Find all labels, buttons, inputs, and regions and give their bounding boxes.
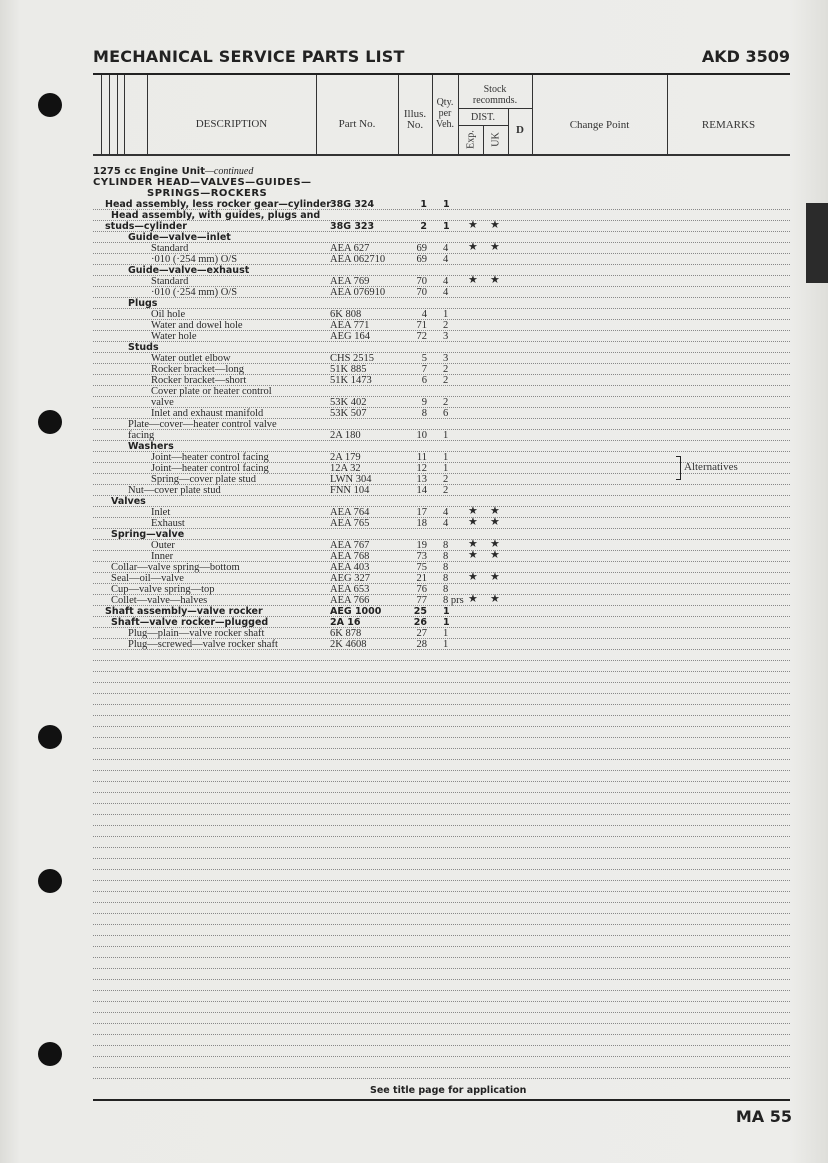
ruled-line bbox=[93, 352, 790, 353]
ruled-line bbox=[93, 396, 790, 397]
col-dist: DIST. bbox=[458, 112, 508, 123]
ruled-line bbox=[93, 231, 790, 232]
ruled-line bbox=[93, 253, 790, 254]
ruled-line bbox=[93, 242, 790, 243]
ruled-line bbox=[93, 330, 790, 331]
ruled-line bbox=[93, 781, 790, 782]
punch-hole bbox=[38, 725, 62, 749]
ruled-line bbox=[93, 308, 790, 309]
ruled-line bbox=[93, 451, 790, 452]
ruled-line bbox=[93, 693, 790, 694]
punch-hole bbox=[38, 93, 62, 117]
ruled-line bbox=[93, 440, 790, 441]
ruled-line bbox=[93, 990, 790, 991]
section-group-line-2: SPRINGS—ROCKERS bbox=[147, 188, 267, 199]
ruled-line bbox=[93, 638, 790, 639]
ruled-line bbox=[93, 539, 790, 540]
col-qty-label-3: Veh. bbox=[432, 119, 458, 130]
ruled-line bbox=[93, 759, 790, 760]
ruled-line bbox=[93, 1012, 790, 1013]
ruled-line bbox=[93, 550, 790, 551]
section-group-line-1: CYLINDER HEAD—VALVES—GUIDES— bbox=[93, 177, 312, 188]
ruled-line bbox=[93, 671, 790, 672]
ruled-line bbox=[93, 836, 790, 837]
alternatives-bracket bbox=[676, 456, 681, 480]
col-remarks: REMARKS bbox=[667, 120, 790, 131]
ruled-line bbox=[93, 737, 790, 738]
ruled-line bbox=[93, 363, 790, 364]
ruled-line bbox=[93, 891, 790, 892]
ruled-line bbox=[93, 704, 790, 705]
ruled-line bbox=[93, 429, 790, 430]
stock-exp-star: ★ bbox=[468, 242, 478, 253]
ruled-line bbox=[93, 726, 790, 727]
stock-exp-star: ★ bbox=[468, 220, 478, 231]
ruled-line bbox=[93, 209, 790, 210]
ruled-line bbox=[93, 1045, 790, 1046]
ruled-line bbox=[93, 1056, 790, 1057]
section-unit: 1275 cc Engine Unit—continued bbox=[93, 166, 253, 177]
stock-exp-star: ★ bbox=[468, 550, 478, 561]
ruled-line bbox=[93, 341, 790, 342]
stock-uk-star: ★ bbox=[490, 594, 500, 605]
stock-uk-star: ★ bbox=[490, 242, 500, 253]
ruled-line bbox=[93, 506, 790, 507]
parts-list-page: MECHANICAL SERVICE PARTS LIST AKD 3509 D… bbox=[0, 0, 828, 1163]
ruled-line bbox=[93, 913, 790, 914]
ruled-line bbox=[93, 220, 790, 221]
ruled-line bbox=[93, 385, 790, 386]
col-exp: Exp. bbox=[466, 128, 477, 152]
col-illus-label-2: No. bbox=[398, 120, 432, 131]
ruled-line bbox=[93, 418, 790, 419]
document-code: AKD 3509 bbox=[702, 47, 790, 66]
ruled-line bbox=[93, 275, 790, 276]
ruled-line bbox=[93, 968, 790, 969]
ruled-line bbox=[93, 594, 790, 595]
ruled-line bbox=[93, 660, 790, 661]
ruled-line bbox=[93, 924, 790, 925]
ruled-line bbox=[93, 484, 790, 485]
ruled-line bbox=[93, 946, 790, 947]
ruled-line bbox=[93, 814, 790, 815]
section-tab-marker bbox=[806, 203, 828, 283]
ruled-line bbox=[93, 880, 790, 881]
ruled-line bbox=[93, 1023, 790, 1024]
ruled-line bbox=[93, 528, 790, 529]
header-rule bbox=[93, 73, 790, 75]
ruled-line bbox=[93, 902, 790, 903]
col-description: DESCRIPTION bbox=[147, 119, 316, 130]
ruled-line bbox=[93, 286, 790, 287]
ruled-line bbox=[93, 616, 790, 617]
col-uk: UK bbox=[491, 128, 502, 152]
col-qty-label-2: per bbox=[432, 108, 458, 119]
ruled-line bbox=[93, 803, 790, 804]
ruled-line bbox=[93, 935, 790, 936]
stock-exp-star: ★ bbox=[468, 572, 478, 583]
ruled-line bbox=[93, 264, 790, 265]
ruled-line bbox=[93, 682, 790, 683]
stock-exp-star: ★ bbox=[468, 517, 478, 528]
ruled-line bbox=[93, 1078, 790, 1079]
stock-exp-star: ★ bbox=[468, 275, 478, 286]
ruled-line bbox=[93, 748, 790, 749]
footer-rule bbox=[93, 1099, 790, 1101]
ruled-line bbox=[93, 495, 790, 496]
stock-uk-star: ★ bbox=[490, 572, 500, 583]
ruled-line bbox=[93, 869, 790, 870]
col-qty-label-1: Qty. bbox=[432, 97, 458, 108]
ruled-line bbox=[93, 979, 790, 980]
stock-uk-star: ★ bbox=[490, 550, 500, 561]
ruled-line bbox=[93, 649, 790, 650]
ruled-line bbox=[93, 957, 790, 958]
ruled-line bbox=[93, 297, 790, 298]
ruled-line bbox=[93, 561, 790, 562]
ruled-line bbox=[93, 1034, 790, 1035]
remark-alternatives: Alternatives bbox=[684, 461, 738, 473]
col-stock-label-1: Stock bbox=[458, 84, 532, 95]
ruled-line bbox=[93, 792, 790, 793]
ruled-line bbox=[93, 1001, 790, 1002]
punch-hole bbox=[38, 1042, 62, 1066]
col-d: D bbox=[508, 125, 532, 136]
ruled-line bbox=[93, 715, 790, 716]
col-stock-label-2: recommds. bbox=[458, 95, 532, 106]
ruled-line bbox=[93, 374, 790, 375]
page-number: MA 55 bbox=[736, 1107, 792, 1126]
ruled-line bbox=[93, 473, 790, 474]
header-bottom-rule bbox=[93, 154, 790, 156]
ruled-line bbox=[93, 1067, 790, 1068]
ruled-line bbox=[93, 770, 790, 771]
footer-note: See title page for application bbox=[370, 1085, 526, 1096]
punch-hole bbox=[38, 410, 62, 434]
ruled-line bbox=[93, 605, 790, 606]
stock-uk-star: ★ bbox=[490, 517, 500, 528]
ruled-line bbox=[93, 627, 790, 628]
col-part-no: Part No. bbox=[316, 119, 398, 130]
document-title: MECHANICAL SERVICE PARTS LIST bbox=[93, 47, 405, 66]
col-change-point: Change Point bbox=[532, 120, 667, 131]
ruled-line bbox=[93, 572, 790, 573]
stock-exp-star: ★ bbox=[468, 594, 478, 605]
ruled-line bbox=[93, 319, 790, 320]
ruled-line bbox=[93, 847, 790, 848]
stock-uk-star: ★ bbox=[490, 220, 500, 231]
ruled-line bbox=[93, 858, 790, 859]
punch-hole bbox=[38, 869, 62, 893]
ruled-line bbox=[93, 583, 790, 584]
ruled-line bbox=[93, 825, 790, 826]
stock-uk-star: ★ bbox=[490, 275, 500, 286]
ruled-line bbox=[93, 517, 790, 518]
ruled-line bbox=[93, 407, 790, 408]
